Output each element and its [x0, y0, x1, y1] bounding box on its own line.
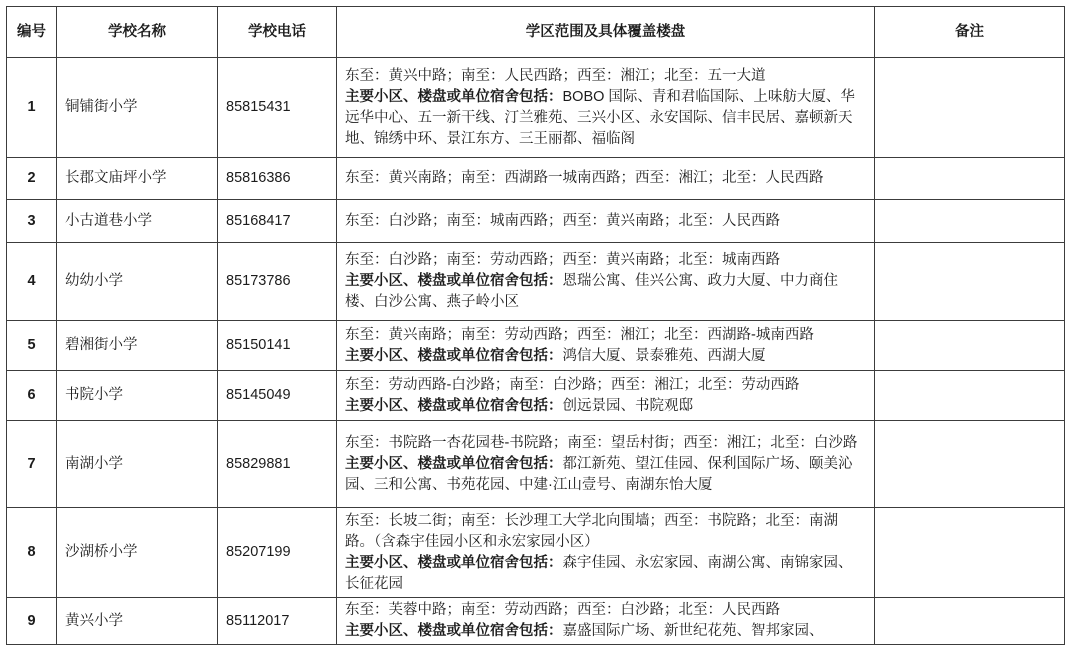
- zone-boundary: 东至：长坡二街；南至：长沙理工大学北向围墙；西至：书院路；北至：南湖路。（含森宇…: [345, 511, 866, 553]
- table-row: 8 沙湖桥小学 85207199 东至：长坡二街；南至：长沙理工大学北向围墙；西…: [7, 508, 1065, 598]
- school-name: 黄兴小学: [57, 598, 218, 645]
- school-name: 碧湘街小学: [57, 321, 218, 371]
- remark-cell: [875, 598, 1065, 645]
- estates-label: 主要小区、楼盘或单位宿舍包括：: [345, 398, 563, 414]
- table-row: 2 长郡文庙坪小学 85816386 东至：黄兴南路；南至：西湖路一城南西路；西…: [7, 158, 1065, 200]
- zone-boundary: 东至：黄兴中路；南至：人民西路；西至：湘江；北至：五一大道: [345, 66, 866, 87]
- zone-estates-line: 主要小区、楼盘或单位宿舍包括：恩瑞公寓、佳兴公寓、政力大厦、中力商住楼、白沙公寓…: [345, 271, 866, 313]
- table-row: 9 黄兴小学 85112017 东至：芙蓉中路；南至：劳动西路；西至：白沙路；北…: [7, 598, 1065, 645]
- header-number: 编号: [7, 7, 57, 58]
- row-number: 3: [7, 200, 57, 243]
- remark-cell: [875, 508, 1065, 598]
- zone-estates-line: 主要小区、楼盘或单位宿舍包括：创远景园、书院观邸: [345, 396, 866, 417]
- table-row: 3 小古道巷小学 85168417 东至：白沙路；南至：城南西路；西至：黄兴南路…: [7, 200, 1065, 243]
- zone-boundary: 东至：劳动西路-白沙路；南至：白沙路；西至：湘江；北至：劳动西路: [345, 375, 866, 396]
- row-number: 9: [7, 598, 57, 645]
- row-number: 5: [7, 321, 57, 371]
- zone-boundary: 东至：书院路一杏花园巷-书院路；南至：望岳村街；西至：湘江；北至：白沙路: [345, 433, 866, 454]
- school-phone: 85816386: [218, 158, 337, 200]
- district-zone-cell: 东至：芙蓉中路；南至：劳动西路；西至：白沙路；北至：人民西路 主要小区、楼盘或单…: [337, 598, 875, 645]
- header-remark: 备注: [875, 7, 1065, 58]
- remark-cell: [875, 158, 1065, 200]
- school-phone: 85815431: [218, 58, 337, 158]
- header-school-name: 学校名称: [57, 7, 218, 58]
- district-zone-cell: 东至：黄兴中路；南至：人民西路；西至：湘江；北至：五一大道 主要小区、楼盘或单位…: [337, 58, 875, 158]
- school-phone: 85168417: [218, 200, 337, 243]
- school-name: 幼幼小学: [57, 243, 218, 321]
- document-page: 编号 学校名称 学校电话 学区范围及具体覆盖楼盘 备注 1 铜铺街小学 8581…: [0, 0, 1070, 646]
- district-zone-cell: 东至：白沙路；南至：城南西路；西至：黄兴南路；北至：人民西路: [337, 200, 875, 243]
- estates-label: 主要小区、楼盘或单位宿舍包括：: [345, 348, 563, 364]
- zone-boundary: 东至：白沙路；南至：城南西路；西至：黄兴南路；北至：人民西路: [345, 211, 866, 232]
- zone-estates-line: 主要小区、楼盘或单位宿舍包括：森宇佳园、永宏家园、南湖公寓、南锦家园、长征花园: [345, 553, 866, 595]
- row-number: 1: [7, 58, 57, 158]
- estates-list: 嘉盛国际广场、新世纪花苑、智邦家园、: [563, 623, 824, 639]
- school-phone: 85112017: [218, 598, 337, 645]
- header-row: 编号 学校名称 学校电话 学区范围及具体覆盖楼盘 备注: [7, 7, 1065, 58]
- estates-label: 主要小区、楼盘或单位宿舍包括：: [345, 273, 563, 289]
- zone-estates-line: 主要小区、楼盘或单位宿舍包括：BOBO 国际、青和君临国际、上味舫大厦、华远华中…: [345, 87, 866, 150]
- zone-estates-line: 主要小区、楼盘或单位宿舍包括：鸿信大厦、景泰雅苑、西湖大厦: [345, 346, 866, 367]
- remark-cell: [875, 321, 1065, 371]
- estates-label: 主要小区、楼盘或单位宿舍包括：: [345, 456, 563, 472]
- zone-estates-line: 主要小区、楼盘或单位宿舍包括：嘉盛国际广场、新世纪花苑、智邦家园、: [345, 621, 866, 642]
- school-phone: 85173786: [218, 243, 337, 321]
- school-name: 书院小学: [57, 371, 218, 421]
- district-zone-cell: 东至：黄兴南路；南至：西湖路一城南西路；西至：湘江；北至：人民西路: [337, 158, 875, 200]
- school-name: 铜铺街小学: [57, 58, 218, 158]
- row-number: 2: [7, 158, 57, 200]
- table-row: 6 书院小学 85145049 东至：劳动西路-白沙路；南至：白沙路；西至：湘江…: [7, 371, 1065, 421]
- zone-boundary: 东至：白沙路；南至：劳动西路；西至：黄兴南路；北至：城南西路: [345, 250, 866, 271]
- zone-boundary: 东至：黄兴南路；南至：西湖路一城南西路；西至：湘江；北至：人民西路: [345, 168, 866, 189]
- school-name: 长郡文庙坪小学: [57, 158, 218, 200]
- school-phone: 85145049: [218, 371, 337, 421]
- remark-cell: [875, 200, 1065, 243]
- school-name: 小古道巷小学: [57, 200, 218, 243]
- school-phone: 85829881: [218, 421, 337, 508]
- table-row: 5 碧湘街小学 85150141 东至：黄兴南路；南至：劳动西路；西至：湘江；北…: [7, 321, 1065, 371]
- estates-label: 主要小区、楼盘或单位宿舍包括：: [345, 555, 563, 571]
- remark-cell: [875, 58, 1065, 158]
- row-number: 7: [7, 421, 57, 508]
- remark-cell: [875, 421, 1065, 508]
- school-phone: 85207199: [218, 508, 337, 598]
- zone-estates-line: 主要小区、楼盘或单位宿舍包括：都江新苑、望江佳园、保利国际广场、颐美沁园、三和公…: [345, 454, 866, 496]
- district-zone-cell: 东至：长坡二街；南至：长沙理工大学北向围墙；西至：书院路；北至：南湖路。（含森宇…: [337, 508, 875, 598]
- estates-list: 创远景园、书院观邸: [563, 398, 694, 414]
- estates-list: 鸿信大厦、景泰雅苑、西湖大厦: [563, 348, 766, 364]
- district-zone-cell: 东至：书院路一杏花园巷-书院路；南至：望岳村街；西至：湘江；北至：白沙路 主要小…: [337, 421, 875, 508]
- school-district-table: 编号 学校名称 学校电话 学区范围及具体覆盖楼盘 备注 1 铜铺街小学 8581…: [6, 6, 1065, 645]
- school-phone: 85150141: [218, 321, 337, 371]
- district-zone-cell: 东至：劳动西路-白沙路；南至：白沙路；西至：湘江；北至：劳动西路 主要小区、楼盘…: [337, 371, 875, 421]
- district-zone-cell: 东至：白沙路；南至：劳动西路；西至：黄兴南路；北至：城南西路 主要小区、楼盘或单…: [337, 243, 875, 321]
- row-number: 4: [7, 243, 57, 321]
- table-row: 1 铜铺街小学 85815431 东至：黄兴中路；南至：人民西路；西至：湘江；北…: [7, 58, 1065, 158]
- district-zone-cell: 东至：黄兴南路；南至：劳动西路；西至：湘江；北至：西湖路-城南西路 主要小区、楼…: [337, 321, 875, 371]
- zone-boundary: 东至：黄兴南路；南至：劳动西路；西至：湘江；北至：西湖路-城南西路: [345, 325, 866, 346]
- row-number: 6: [7, 371, 57, 421]
- row-number: 8: [7, 508, 57, 598]
- school-name: 沙湖桥小学: [57, 508, 218, 598]
- remark-cell: [875, 371, 1065, 421]
- header-district-range: 学区范围及具体覆盖楼盘: [337, 7, 875, 58]
- table-row: 4 幼幼小学 85173786 东至：白沙路；南至：劳动西路；西至：黄兴南路；北…: [7, 243, 1065, 321]
- estates-label: 主要小区、楼盘或单位宿舍包括：: [345, 623, 563, 639]
- school-name: 南湖小学: [57, 421, 218, 508]
- remark-cell: [875, 243, 1065, 321]
- header-school-phone: 学校电话: [218, 7, 337, 58]
- zone-boundary: 东至：芙蓉中路；南至：劳动西路；西至：白沙路；北至：人民西路: [345, 600, 866, 621]
- estates-label: 主要小区、楼盘或单位宿舍包括：: [345, 89, 563, 105]
- table-row: 7 南湖小学 85829881 东至：书院路一杏花园巷-书院路；南至：望岳村街；…: [7, 421, 1065, 508]
